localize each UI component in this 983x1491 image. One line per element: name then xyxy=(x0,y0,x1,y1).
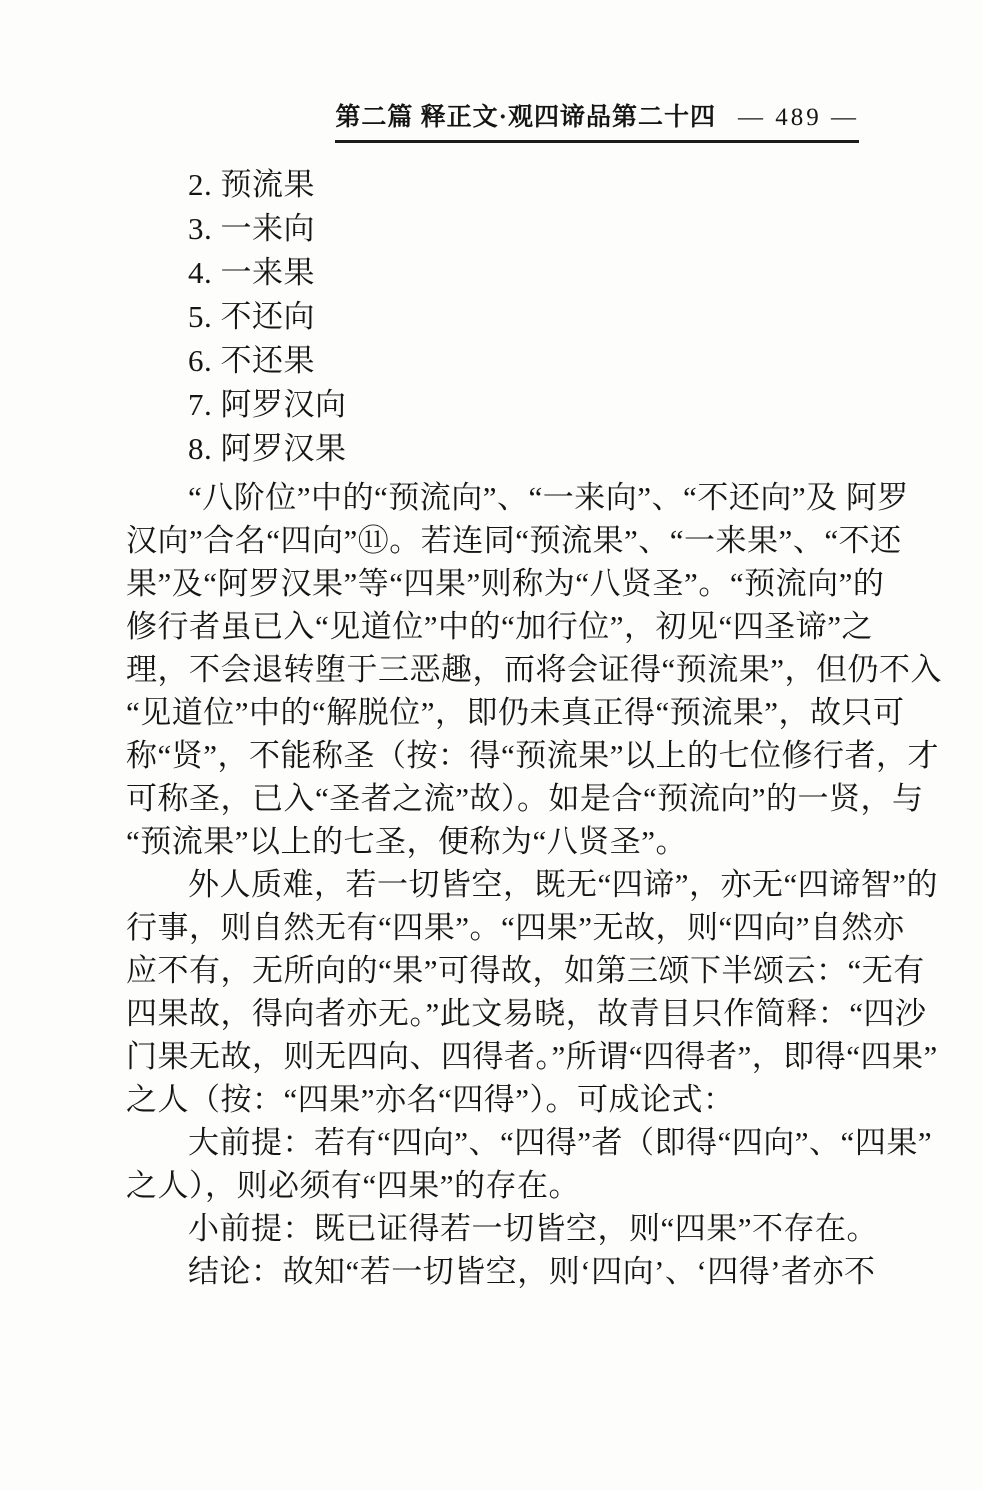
list-item: 7. 阿罗汉向 xyxy=(126,383,868,427)
text-line: 汉向”合名“四向”⑪。若连同“预流果”、“一来果”、“不还 xyxy=(126,519,868,562)
text-line: 外人质难，若一切皆空，既无“四谛”，亦无“四谛智”的 xyxy=(126,863,868,906)
text-line: 行事，则自然无有“四果”。“四果”无故，则“四向”自然亦 xyxy=(126,906,868,949)
page-number: — 489 — xyxy=(738,104,859,131)
running-header: 第二篇 释正文·观四谛品第二十四— 489 — xyxy=(335,97,859,143)
body-text: 2. 预流果 3. 一来向 4. 一来果 5. 不还向 6. 不还果 7. 阿罗… xyxy=(126,163,868,1293)
list-item: 6. 不还果 xyxy=(126,339,868,383)
text-line: 可称圣，已入“圣者之流”故）。如是合“预流向”的一贤，与 xyxy=(126,777,868,820)
list-item: 8. 阿罗汉果 xyxy=(126,427,868,471)
text-line: 称“贤”，不能称圣（按：得“预流果”以上的七位修行者，才 xyxy=(126,734,868,777)
text-line: 大前提：若有“四向”、“四得”者（即得“四向”、“四果” xyxy=(126,1121,868,1164)
list-item: 5. 不还向 xyxy=(126,295,868,339)
list-item: 2. 预流果 xyxy=(126,163,868,207)
text-line: “八阶位”中的“预流向”、“一来向”、“不还向”及 阿罗 xyxy=(126,476,868,519)
text-line: 门果无故，则无四向、四得者。”所谓“四得者”，即得“四果” xyxy=(126,1035,868,1078)
text-line: 之人），则必须有“四果”的存在。 xyxy=(126,1164,868,1207)
text-line: 修行者虽已入“见道位”中的“加行位”，初见“四圣谛”之 xyxy=(126,605,868,648)
text-line: “预流果”以上的七圣，便称为“八贤圣”。 xyxy=(126,820,868,863)
text-line: “见道位”中的“解脱位”，即仍未真正得“预流果”，故只可 xyxy=(126,691,868,734)
paragraphs: “八阶位”中的“预流向”、“一来向”、“不还向”及 阿罗 汉向”合名“四向”⑪。… xyxy=(126,476,868,1293)
text-line: 果”及“阿罗汉果”等“四果”则称为“八贤圣”。“预流向”的 xyxy=(126,562,868,605)
text-line: 四果故，得向者亦无。”此文易晓，故青目只作简释：“四沙 xyxy=(126,992,868,1035)
list-item: 4. 一来果 xyxy=(126,251,868,295)
text-line: 结论：故知“若一切皆空，则‘四向’、‘四得’者亦不 xyxy=(126,1250,868,1293)
book-page: 第二篇 释正文·观四谛品第二十四— 489 — 2. 预流果 3. 一来向 4.… xyxy=(0,0,983,1491)
text-line: 小前提：既已证得若一切皆空，则“四果”不存在。 xyxy=(126,1207,868,1250)
header-section-title: 第二篇 释正文·观四谛品第二十四 xyxy=(335,104,716,131)
text-line: 之人（按：“四果”亦名“四得”）。可成论式： xyxy=(126,1078,868,1121)
fruits-list: 2. 预流果 3. 一来向 4. 一来果 5. 不还向 6. 不还果 7. 阿罗… xyxy=(126,163,868,471)
text-line: 应不有，无所向的“果”可得故，如第三颂下半颂云：“无有 xyxy=(126,949,868,992)
text-line: 理，不会退转堕于三恶趣，而将会证得“预流果”，但仍不入 xyxy=(126,648,868,691)
list-item: 3. 一来向 xyxy=(126,207,868,251)
